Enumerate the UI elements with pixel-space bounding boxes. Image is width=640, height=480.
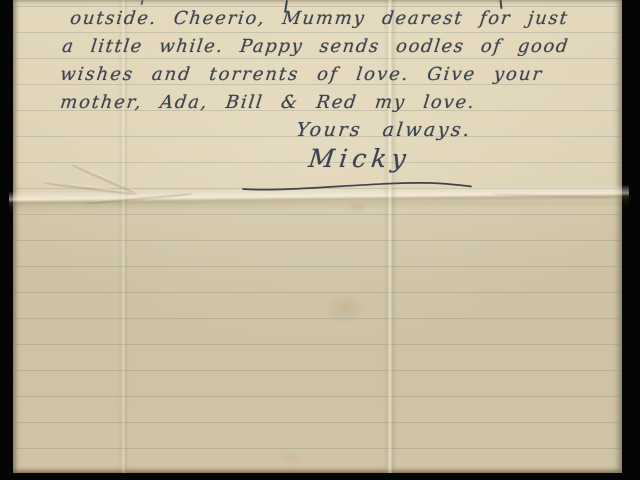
signature-underline (239, 176, 475, 194)
vertical-fold-crease-left (117, 0, 129, 473)
letter-closing: Yours always. (295, 119, 473, 141)
stray-ink-stroke (500, 0, 503, 9)
letter-line: outside. Cheerio, Mummy dearest for just (69, 8, 570, 29)
scan-viewport: outside. Cheerio, Mummy dearest for just… (0, 0, 640, 480)
letter-line: a little while. Pappy sends oodles of go… (61, 36, 570, 57)
stray-ink-stroke (284, 0, 288, 13)
crumple-wrinkle (43, 180, 138, 197)
lower-fold-shading (13, 202, 622, 473)
letter-page: outside. Cheerio, Mummy dearest for just… (13, 0, 622, 473)
horizontal-fold-crease (9, 185, 629, 213)
letter-line: wishes and torrents of love. Give your (59, 64, 544, 85)
letter-signature: Micky (307, 144, 412, 173)
crumple-wrinkle (493, 191, 613, 199)
ruled-lines (13, 0, 622, 473)
vertical-fold-crease (383, 0, 397, 473)
letter-line: mother, Ada, Bill & Red my love. (59, 92, 477, 113)
crumple-wrinkle (70, 162, 136, 195)
crumple-wrinkle (83, 191, 193, 206)
stray-ink-stroke (140, 0, 143, 5)
